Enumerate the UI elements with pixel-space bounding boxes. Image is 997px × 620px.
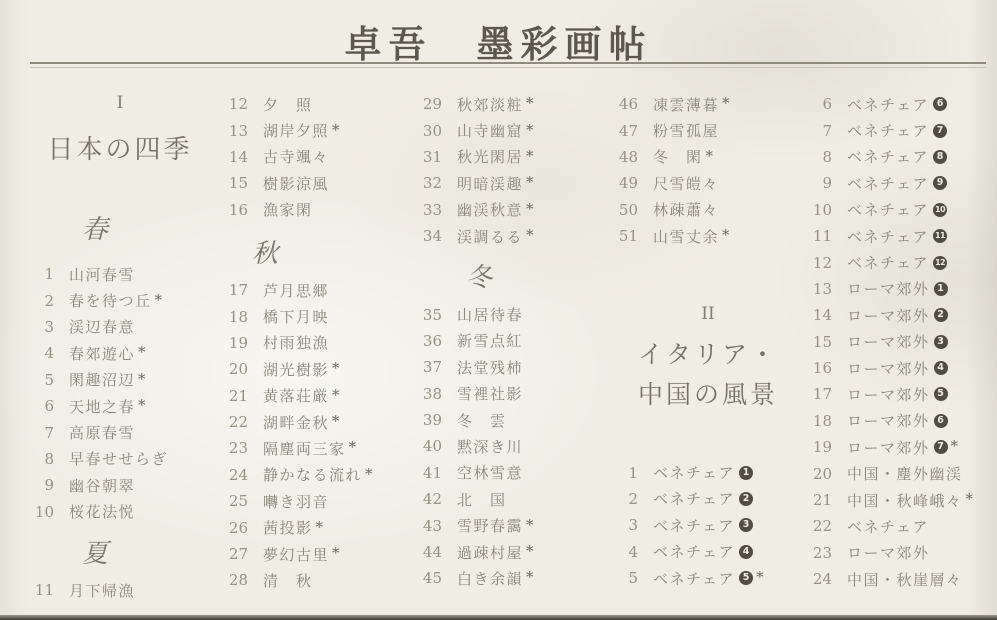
star-mark: * bbox=[316, 518, 324, 536]
toc-entry: 23隔塵両三家* bbox=[222, 435, 408, 461]
circled-number-badge: 10 bbox=[933, 203, 947, 217]
circled-number-badge: 4 bbox=[934, 361, 948, 375]
toc-column-5: 6ベネチェア67ベネチェア78ベネチェア89ベネチェア910ベネチェア1011ベ… bbox=[806, 85, 997, 592]
entry-title: 中国・秋崖層々 bbox=[847, 569, 963, 590]
circled-number-badge: 4 bbox=[739, 545, 753, 559]
entry-title: 山雪丈余 bbox=[653, 226, 719, 247]
toc-entry: 29秋郊淡粧* bbox=[416, 91, 604, 117]
season-heading: 夏 bbox=[28, 531, 212, 577]
toc-entry: 3渓辺春意 bbox=[28, 314, 212, 340]
entry-number: 43 bbox=[416, 517, 442, 535]
circled-number-badge: 2 bbox=[934, 308, 948, 322]
star-mark: * bbox=[526, 226, 534, 244]
toc-columns: I日本の四季春1山河春雪2春を待つ丘*3渓辺春意4春郊遊心*5閑趣沼辺*6天地之… bbox=[0, 85, 997, 615]
toc-entry: 46凍雲薄暮* bbox=[612, 91, 804, 117]
entry-number: 25 bbox=[222, 492, 248, 510]
star-mark: * bbox=[349, 438, 357, 456]
toc-entry: 14古寺颯々 bbox=[222, 144, 408, 170]
entry-title: 隔塵両三家 bbox=[263, 438, 346, 459]
entry-title: ベネチェア bbox=[653, 568, 735, 589]
section-spacer bbox=[612, 415, 804, 459]
entry-title: 閑趣沼辺 bbox=[69, 369, 135, 390]
season-heading: 春 bbox=[28, 207, 212, 253]
entry-number: 50 bbox=[612, 201, 638, 219]
entry-title: 橋下月映 bbox=[263, 306, 329, 327]
entry-number: 41 bbox=[416, 464, 442, 482]
toc-entry: 16漁家閑 bbox=[222, 197, 408, 223]
entry-number: 13 bbox=[806, 280, 832, 298]
toc-entry: 19ローマ郊外7* bbox=[806, 434, 997, 460]
entry-number: 7 bbox=[806, 122, 832, 140]
entry-title: 林疎蕭々 bbox=[653, 199, 719, 220]
entry-title: 樹影涼風 bbox=[263, 173, 329, 194]
toc-entry: 8ベネチェア8 bbox=[806, 144, 997, 170]
entry-title: 春郊遊心 bbox=[69, 343, 135, 364]
entry-number: 8 bbox=[806, 148, 832, 166]
entry-title: 新雪点紅 bbox=[457, 330, 523, 351]
book-page: { "page": { "title": "卓吾 墨彩画帖" }, "marks… bbox=[0, 0, 997, 620]
title-divider-rule bbox=[30, 62, 986, 68]
entry-number: 48 bbox=[612, 148, 638, 166]
toc-entry: 5ベネチェア5* bbox=[612, 565, 804, 591]
circled-number-badge: 8 bbox=[933, 150, 947, 164]
entry-number: 14 bbox=[222, 148, 248, 166]
toc-entry: 40黙深き川 bbox=[416, 433, 604, 459]
entry-number: 42 bbox=[416, 490, 442, 508]
entry-title: 北 国 bbox=[457, 489, 507, 510]
toc-entry: 25囀き羽音 bbox=[222, 488, 408, 514]
star-mark: * bbox=[332, 544, 340, 562]
entry-title: 中国・秋峰峨々 bbox=[847, 490, 963, 511]
toc-entry: 32明暗渓趣* bbox=[416, 170, 604, 196]
entry-number: 40 bbox=[416, 437, 442, 455]
toc-column-1: I日本の四季春1山河春雪2春を待つ丘*3渓辺春意4春郊遊心*5閑趣沼辺*6天地之… bbox=[28, 85, 212, 603]
entry-title: 湖光樹影 bbox=[263, 359, 329, 380]
entry-title: 明暗渓趣 bbox=[457, 173, 523, 194]
circled-number-badge: 7 bbox=[933, 124, 947, 138]
entry-title: 清 秋 bbox=[263, 570, 313, 591]
circled-number-badge: 7 bbox=[934, 440, 948, 454]
entry-title: ベネチェア bbox=[847, 516, 929, 537]
entry-number: 24 bbox=[222, 466, 248, 484]
entry-title: ベネチェア bbox=[653, 462, 735, 483]
toc-entry: 1ベネチェア1 bbox=[612, 459, 804, 485]
entry-title: 囀き羽音 bbox=[263, 491, 329, 512]
toc-entry: 10桜花法悦 bbox=[28, 499, 212, 525]
entry-number: 17 bbox=[806, 385, 832, 403]
section-number: II bbox=[612, 301, 804, 327]
entry-number: 7 bbox=[28, 424, 54, 442]
entry-title: 冬 雲 bbox=[457, 410, 507, 431]
star-mark: * bbox=[706, 147, 714, 165]
entry-title: 静かなる流れ bbox=[263, 464, 362, 485]
toc-entry: 39冬 雲 bbox=[416, 407, 604, 433]
star-mark: * bbox=[332, 386, 340, 404]
entry-title: 冬 閑 bbox=[653, 146, 703, 167]
entry-number: 21 bbox=[806, 491, 832, 509]
entry-number: 35 bbox=[416, 306, 442, 324]
entry-title: 天地之春 bbox=[69, 396, 135, 417]
entry-number: 22 bbox=[806, 517, 832, 535]
entry-title: 古寺颯々 bbox=[263, 146, 329, 167]
toc-entry: 27夢幻古里* bbox=[222, 541, 408, 567]
entry-number: 17 bbox=[222, 281, 248, 299]
entry-number: 19 bbox=[222, 334, 248, 352]
entry-title: ベネチェア bbox=[847, 173, 929, 194]
entry-number: 27 bbox=[222, 545, 248, 563]
toc-entry: 41空林雪意 bbox=[416, 460, 604, 486]
entry-title: ローマ郊外 bbox=[847, 542, 930, 563]
entry-title: ベネチェア bbox=[847, 252, 929, 273]
entry-title: ベネチェア bbox=[847, 199, 929, 220]
entry-number: 4 bbox=[612, 543, 638, 561]
toc-entry: 12夕 照 bbox=[222, 91, 408, 117]
circled-number-badge: 6 bbox=[933, 97, 947, 111]
star-mark: * bbox=[526, 542, 534, 560]
toc-entry: 20中国・塵外幽渓 bbox=[806, 460, 997, 486]
entry-title: 黄落荘厳 bbox=[263, 385, 329, 406]
star-mark: * bbox=[526, 200, 534, 218]
entry-number: 2 bbox=[612, 490, 638, 508]
entry-number: 11 bbox=[28, 581, 54, 599]
section-title: 日本の四季 bbox=[28, 127, 212, 173]
entry-number: 10 bbox=[806, 201, 832, 219]
toc-entry: 50林疎蕭々 bbox=[612, 197, 804, 223]
section-number: I bbox=[28, 91, 212, 115]
entry-title: ローマ郊外 bbox=[847, 331, 930, 352]
entry-title: 秋郊淡粧 bbox=[457, 94, 523, 115]
section-title: イタリア・ bbox=[612, 335, 804, 375]
toc-entry: 18橋下月映 bbox=[222, 303, 408, 329]
entry-number: 1 bbox=[28, 265, 54, 283]
entry-title: 中国・塵外幽渓 bbox=[847, 463, 963, 484]
season-heading: 冬 bbox=[416, 255, 604, 301]
toc-entry: 14ローマ郊外2 bbox=[806, 302, 997, 328]
entry-number: 12 bbox=[222, 95, 248, 113]
entry-title: 桜花法悦 bbox=[69, 501, 135, 522]
toc-entry: 9幽谷朝翠 bbox=[28, 472, 212, 498]
entry-title: 白き余韻 bbox=[457, 568, 523, 589]
circled-number-badge: 3 bbox=[739, 518, 753, 532]
entry-number: 13 bbox=[222, 122, 248, 140]
circled-number-badge: 3 bbox=[934, 335, 948, 349]
entry-title: 幽谷朝翠 bbox=[69, 475, 135, 496]
page-bottom-edge bbox=[0, 615, 997, 620]
toc-entry: 47粉雪孤屋 bbox=[612, 117, 804, 143]
toc-column-4: 46凍雲薄暮*47粉雪孤屋48冬 閑*49尺雪皚々50林疎蕭々51山雪丈余*II… bbox=[612, 85, 804, 591]
toc-column-3: 29秋郊淡粧*30山寺幽窟*31秋光閑居*32明暗渓趣*33幽渓秋意*34渓調る… bbox=[416, 85, 604, 592]
entry-title: 茜投影 bbox=[263, 517, 313, 538]
toc-entry: 2春を待つ丘* bbox=[28, 287, 212, 313]
entry-number: 47 bbox=[612, 122, 638, 140]
entry-number: 5 bbox=[612, 569, 638, 587]
entry-title: 秋光閑居 bbox=[457, 146, 523, 167]
entry-title: 凍雲薄暮 bbox=[653, 94, 719, 115]
entry-title: 黙深き川 bbox=[457, 436, 523, 457]
entry-number: 18 bbox=[806, 412, 832, 430]
entry-number: 9 bbox=[806, 174, 832, 192]
toc-entry: 2ベネチェア2 bbox=[612, 486, 804, 512]
entry-number: 19 bbox=[806, 438, 832, 456]
entry-title: 法堂残柿 bbox=[457, 357, 523, 378]
toc-entry: 17芦月思郷 bbox=[222, 277, 408, 303]
star-mark: * bbox=[332, 412, 340, 430]
entry-number: 29 bbox=[416, 95, 442, 113]
toc-entry: 38雪裡社影 bbox=[416, 381, 604, 407]
toc-entry: 51山雪丈余* bbox=[612, 223, 804, 249]
entry-number: 2 bbox=[28, 292, 54, 310]
section-title: 中国の風景 bbox=[612, 375, 804, 415]
entry-title: 芦月思郷 bbox=[263, 280, 329, 301]
entry-number: 4 bbox=[28, 344, 54, 362]
entry-number: 31 bbox=[416, 148, 442, 166]
entry-number: 49 bbox=[612, 174, 638, 192]
entry-number: 15 bbox=[806, 333, 832, 351]
entry-number: 34 bbox=[416, 227, 442, 245]
entry-number: 23 bbox=[222, 439, 248, 457]
entry-number: 1 bbox=[612, 464, 638, 482]
toc-entry: 34渓調るる* bbox=[416, 223, 604, 249]
entry-title: 月下帰漁 bbox=[69, 580, 135, 601]
toc-entry: 8早春せせらぎ bbox=[28, 446, 212, 472]
toc-entry: 11ベネチェア11 bbox=[806, 223, 997, 249]
entry-title: ベネチェア bbox=[653, 488, 735, 509]
toc-entry: 26茜投影* bbox=[222, 514, 408, 540]
entry-title: ベネチェア bbox=[847, 94, 929, 115]
entry-number: 45 bbox=[416, 569, 442, 587]
toc-entry: 31秋光閑居* bbox=[416, 144, 604, 170]
toc-entry: 6ベネチェア6 bbox=[806, 91, 997, 117]
star-mark: * bbox=[526, 121, 534, 139]
star-mark: * bbox=[722, 94, 730, 112]
toc-entry: 48冬 閑* bbox=[612, 144, 804, 170]
entry-title: ローマ郊外 bbox=[847, 410, 930, 431]
circled-number-badge: 12 bbox=[933, 256, 947, 270]
circled-number-badge: 11 bbox=[933, 229, 947, 243]
star-mark: * bbox=[526, 516, 534, 534]
toc-entry: 17ローマ郊外5 bbox=[806, 381, 997, 407]
toc-entry: 28清 秋 bbox=[222, 567, 408, 593]
star-mark: * bbox=[526, 147, 534, 165]
entry-number: 39 bbox=[416, 411, 442, 429]
entry-number: 8 bbox=[28, 450, 54, 468]
entry-number: 6 bbox=[28, 397, 54, 415]
entry-number: 36 bbox=[416, 332, 442, 350]
entry-title: 山寺幽窟 bbox=[457, 120, 523, 141]
entry-title: 早春せせらぎ bbox=[69, 448, 168, 469]
entry-number: 37 bbox=[416, 358, 442, 376]
toc-entry: 16ローマ郊外4 bbox=[806, 355, 997, 381]
entry-number: 28 bbox=[222, 571, 248, 589]
season-heading: 秋 bbox=[222, 231, 408, 277]
toc-entry: 5閑趣沼辺* bbox=[28, 367, 212, 393]
entry-number: 24 bbox=[806, 570, 832, 588]
toc-entry: 10ベネチェア10 bbox=[806, 197, 997, 223]
entry-number: 22 bbox=[222, 413, 248, 431]
toc-entry: 44過疎村屋* bbox=[416, 539, 604, 565]
entry-title: ローマ郊外 bbox=[847, 384, 930, 405]
star-mark: * bbox=[966, 490, 974, 508]
entry-title: ローマ郊外 bbox=[847, 358, 930, 379]
entry-number: 3 bbox=[612, 516, 638, 534]
entry-title: ローマ郊外 bbox=[847, 278, 930, 299]
toc-entry: 37法堂残柿 bbox=[416, 354, 604, 380]
entry-title: 山河春雪 bbox=[69, 264, 135, 285]
star-mark: * bbox=[332, 359, 340, 377]
entry-title: ベネチェア bbox=[847, 226, 929, 247]
toc-entry: 4春郊遊心* bbox=[28, 340, 212, 366]
toc-entry: 35山居待春 bbox=[416, 301, 604, 327]
toc-entry: 9ベネチェア9 bbox=[806, 170, 997, 196]
star-mark: * bbox=[756, 568, 764, 586]
entry-number: 16 bbox=[806, 359, 832, 377]
toc-entry: 18ローマ郊外6 bbox=[806, 408, 997, 434]
toc-entry: 15樹影涼風 bbox=[222, 170, 408, 196]
entry-title: 渓調るる bbox=[457, 226, 523, 247]
star-mark: * bbox=[951, 437, 959, 455]
entry-title: 渓辺春意 bbox=[69, 316, 135, 337]
star-mark: * bbox=[138, 396, 146, 414]
toc-entry: 19村雨独漁 bbox=[222, 330, 408, 356]
toc-entry: 33幽渓秋意* bbox=[416, 197, 604, 223]
toc-entry: 45白き余韻* bbox=[416, 565, 604, 591]
toc-entry: 23ローマ郊外 bbox=[806, 540, 997, 566]
entry-number: 3 bbox=[28, 318, 54, 336]
entry-title: 幽渓秋意 bbox=[457, 199, 523, 220]
star-mark: * bbox=[138, 370, 146, 388]
toc-entry: 22ベネチェア bbox=[806, 513, 997, 539]
toc-entry: 7ベネチェア7 bbox=[806, 117, 997, 143]
entry-title: 尺雪皚々 bbox=[653, 173, 719, 194]
entry-number: 6 bbox=[806, 95, 832, 113]
entry-title: 雪野春靄 bbox=[457, 515, 523, 536]
entry-title: 空林雪意 bbox=[457, 462, 523, 483]
entry-number: 30 bbox=[416, 122, 442, 140]
star-mark: * bbox=[526, 173, 534, 191]
entry-title: ベネチェア bbox=[847, 146, 929, 167]
toc-entry: 21中国・秋峰峨々* bbox=[806, 487, 997, 513]
toc-entry: 22湖畔金秋* bbox=[222, 409, 408, 435]
toc-entry: 21黄落荘厳* bbox=[222, 383, 408, 409]
toc-entry: 4ベネチェア4 bbox=[612, 539, 804, 565]
entry-number: 38 bbox=[416, 385, 442, 403]
entry-title: 漁家閑 bbox=[263, 199, 313, 220]
toc-entry: 13ローマ郊外1 bbox=[806, 276, 997, 302]
toc-entry: 42北 国 bbox=[416, 486, 604, 512]
toc-entry: 49尺雪皚々 bbox=[612, 170, 804, 196]
entry-number: 12 bbox=[806, 254, 832, 272]
entry-number: 46 bbox=[612, 95, 638, 113]
star-mark: * bbox=[526, 568, 534, 586]
entry-title: ベネチェア bbox=[847, 120, 929, 141]
toc-entry: 43雪野春靄* bbox=[416, 512, 604, 538]
entry-title: 夕 照 bbox=[263, 94, 313, 115]
toc-entry: 12ベネチェア12 bbox=[806, 249, 997, 275]
toc-entry: 13湖岸夕照* bbox=[222, 117, 408, 143]
entry-number: 16 bbox=[222, 201, 248, 219]
circled-number-badge: 2 bbox=[739, 492, 753, 506]
toc-entry: 15ローマ郊外3 bbox=[806, 329, 997, 355]
entry-number: 11 bbox=[806, 227, 832, 245]
entry-number: 18 bbox=[222, 308, 248, 326]
entry-title: 湖畔金秋 bbox=[263, 412, 329, 433]
entry-number: 20 bbox=[222, 360, 248, 378]
entry-title: 湖岸夕照 bbox=[263, 120, 329, 141]
entry-number: 33 bbox=[416, 201, 442, 219]
entry-title: ローマ郊外 bbox=[847, 305, 930, 326]
entry-number: 23 bbox=[806, 544, 832, 562]
toc-entry: 7高原春雪 bbox=[28, 419, 212, 445]
toc-entry: 20湖光樹影* bbox=[222, 356, 408, 382]
toc-entry: 11月下帰漁 bbox=[28, 577, 212, 603]
star-mark: * bbox=[526, 94, 534, 112]
entry-number: 15 bbox=[222, 174, 248, 192]
star-mark: * bbox=[722, 226, 730, 244]
entry-title: 粉雪孤屋 bbox=[653, 120, 719, 141]
entry-title: 過疎村屋 bbox=[457, 542, 523, 563]
entry-title: 山居待春 bbox=[457, 304, 523, 325]
toc-entry: 24中国・秋崖層々 bbox=[806, 566, 997, 592]
entry-number: 9 bbox=[28, 476, 54, 494]
toc-entry: 24静かなる流れ* bbox=[222, 462, 408, 488]
circled-number-badge: 5 bbox=[934, 387, 948, 401]
toc-entry: 1山河春雪 bbox=[28, 261, 212, 287]
entry-title: ベネチェア bbox=[653, 515, 735, 536]
entry-number: 5 bbox=[28, 371, 54, 389]
entry-title: 村雨独漁 bbox=[263, 332, 329, 353]
entry-number: 21 bbox=[222, 387, 248, 405]
entry-number: 14 bbox=[806, 306, 832, 324]
page-title: 卓吾 墨彩画帖 bbox=[0, 14, 997, 68]
entry-title: ローマ郊外 bbox=[847, 437, 930, 458]
circled-number-badge: 9 bbox=[933, 176, 947, 190]
entry-number: 51 bbox=[612, 227, 638, 245]
entry-title: 高原春雪 bbox=[69, 422, 135, 443]
star-mark: * bbox=[155, 291, 163, 309]
entry-number: 20 bbox=[806, 465, 832, 483]
toc-entry: 3ベネチェア3 bbox=[612, 512, 804, 538]
entry-number: 10 bbox=[28, 503, 54, 521]
entry-title: 春を待つ丘 bbox=[69, 290, 152, 311]
toc-column-2: 12夕 照13湖岸夕照*14古寺颯々15樹影涼風16漁家閑秋17芦月思郷18橋下… bbox=[222, 85, 408, 594]
circled-number-badge: 6 bbox=[934, 414, 948, 428]
entry-title: ベネチェア bbox=[653, 541, 735, 562]
circled-number-badge: 1 bbox=[739, 466, 753, 480]
star-mark: * bbox=[138, 343, 146, 361]
toc-entry: 30山寺幽窟* bbox=[416, 117, 604, 143]
entry-title: 夢幻古里 bbox=[263, 544, 329, 565]
star-mark: * bbox=[365, 465, 373, 483]
entry-number: 44 bbox=[416, 543, 442, 561]
star-mark: * bbox=[332, 121, 340, 139]
entry-number: 26 bbox=[222, 519, 248, 537]
toc-entry: 6天地之春* bbox=[28, 393, 212, 419]
circled-number-badge: 5 bbox=[739, 571, 753, 585]
circled-number-badge: 1 bbox=[934, 282, 948, 296]
entry-title: 雪裡社影 bbox=[457, 383, 523, 404]
toc-entry: 36新雪点紅 bbox=[416, 328, 604, 354]
entry-number: 32 bbox=[416, 174, 442, 192]
